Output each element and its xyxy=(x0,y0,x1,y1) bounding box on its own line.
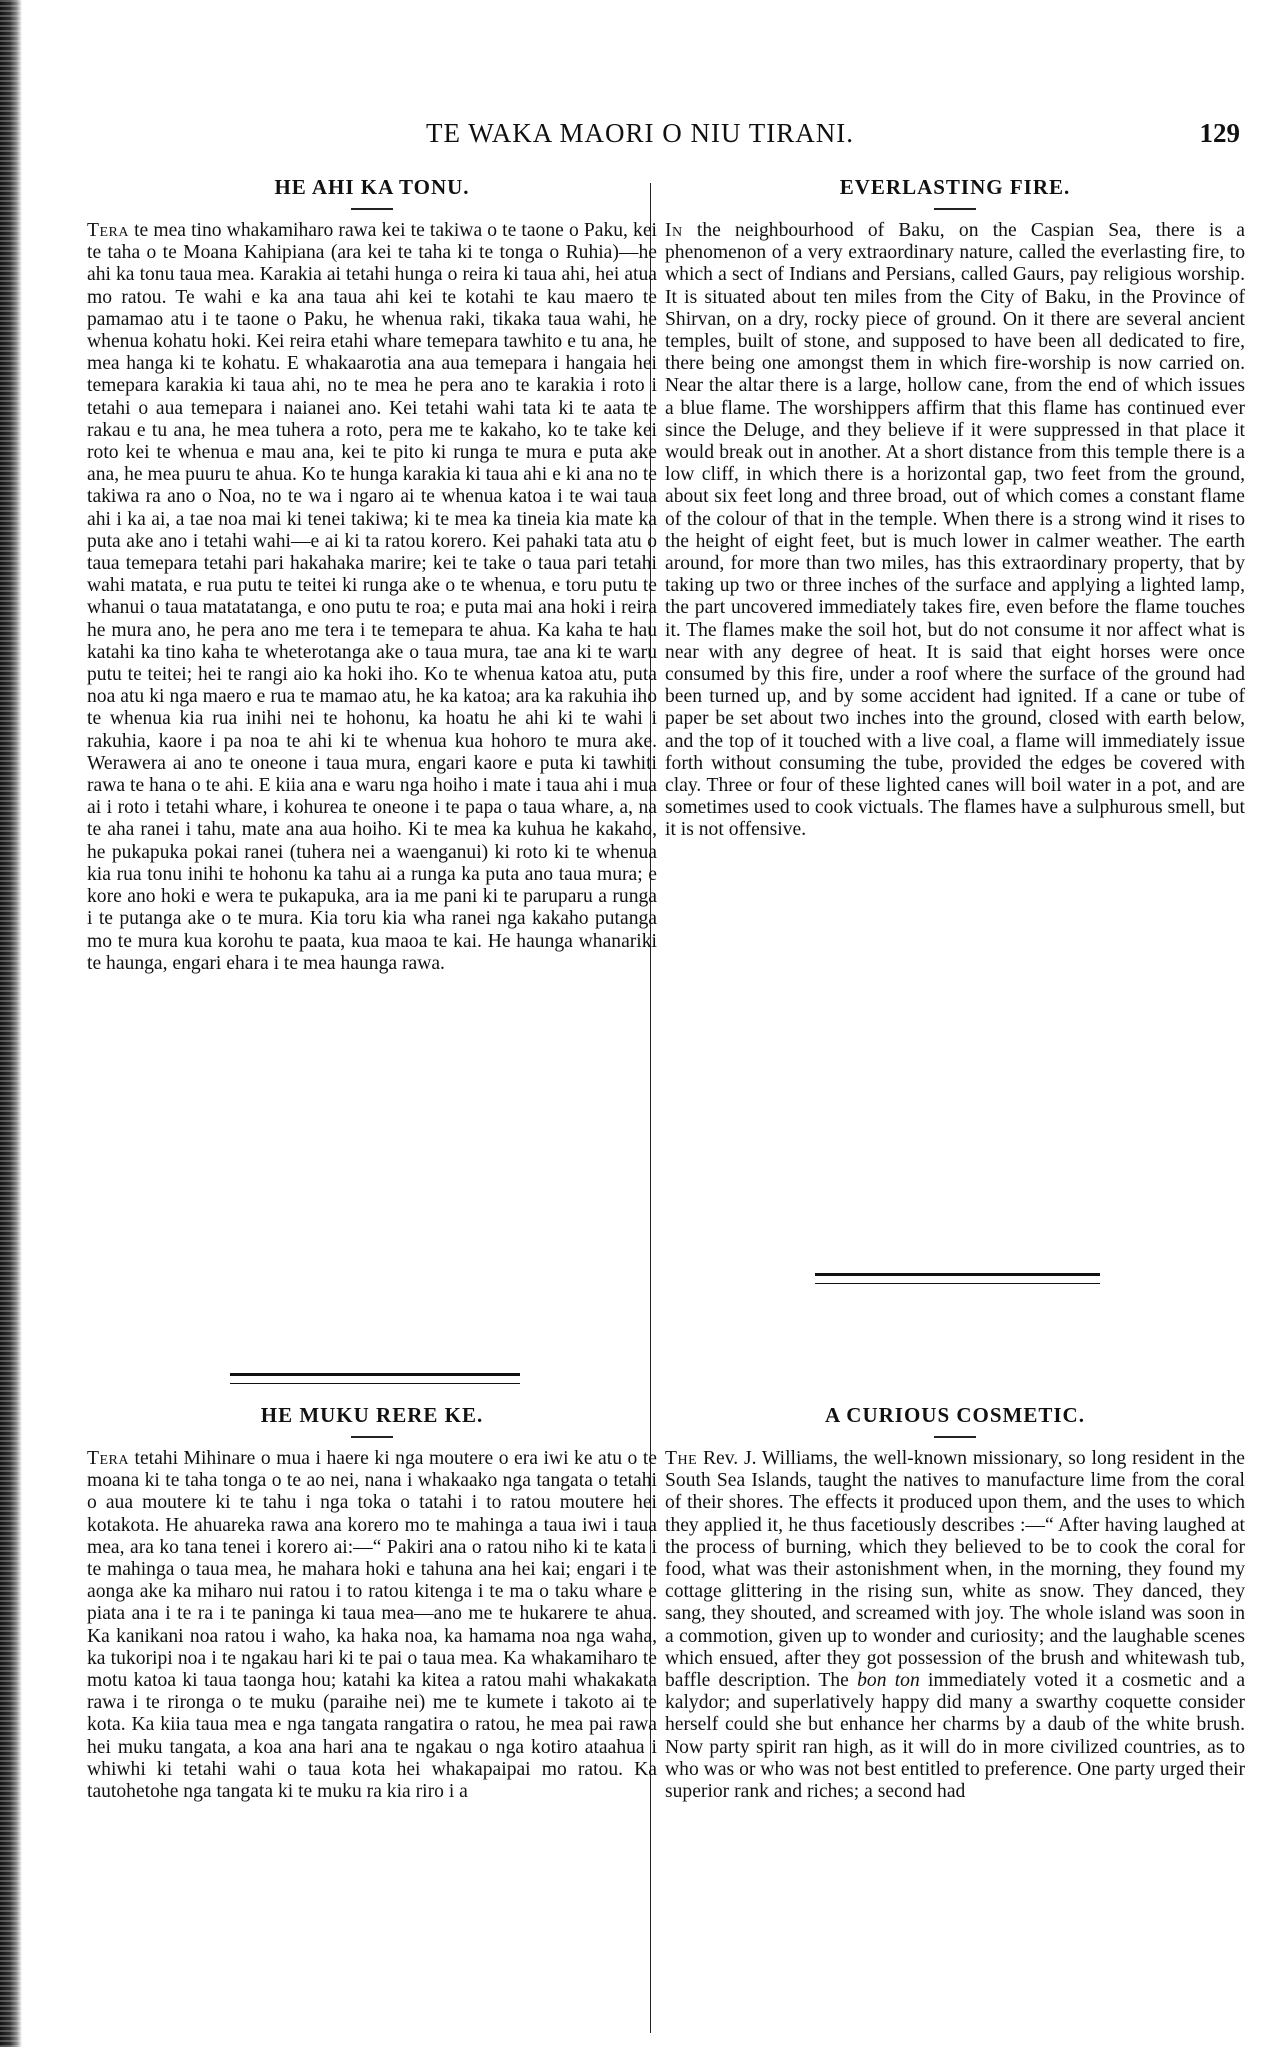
title-rule xyxy=(934,208,976,210)
title-rule xyxy=(934,1436,976,1438)
article-he-ahi-ka-tonu: HE AHI KA TONU. Tera te mea tino whakami… xyxy=(87,172,657,975)
body-text: te mea tino whakamiharo rawa kei te taki… xyxy=(87,220,657,974)
article-body: Tera tetahi Mihinare o mua i haere ki ng… xyxy=(87,1448,657,1803)
article-a-curious-cosmetic: A CURIOUS COSMETIC. The Rev. J. Williams… xyxy=(665,1400,1245,1803)
scanned-page-edge xyxy=(0,0,22,2047)
lead-word: The xyxy=(665,1448,697,1469)
article-body: In the neighbourhood of Baku, on the Cas… xyxy=(665,220,1245,842)
lead-word: Tera xyxy=(87,1448,129,1469)
article-title: HE AHI KA TONU. xyxy=(87,172,657,202)
title-rule xyxy=(351,1436,393,1438)
body-text-part-1: Rev. J. Williams, the well-known mission… xyxy=(665,1448,1245,1691)
lead-word: In xyxy=(665,220,683,241)
section-separator-right xyxy=(815,1273,1100,1284)
page-number: 129 xyxy=(1200,118,1241,149)
italic-phrase: bon ton xyxy=(857,1670,920,1691)
article-title: HE MUKU RERE KE. xyxy=(87,1400,657,1430)
article-body: The Rev. J. Williams, the well-known mis… xyxy=(665,1448,1245,1803)
section-separator-left xyxy=(230,1373,520,1384)
article-everlasting-fire: EVERLASTING FIRE. In the neighbourhood o… xyxy=(665,172,1245,842)
body-text: tetahi Mihinare o mua i haere ki nga mou… xyxy=(87,1448,657,1802)
article-title: EVERLASTING FIRE. xyxy=(665,172,1245,202)
title-rule xyxy=(351,208,393,210)
running-title: TE WAKA MAORI O NIU TIRANI. xyxy=(0,118,1280,149)
lead-word: Tera xyxy=(87,220,129,241)
body-text: the neighbourhood of Baku, on the Caspia… xyxy=(665,220,1245,840)
article-body: Tera te mea tino whakamiharo rawa kei te… xyxy=(87,220,657,975)
article-he-muku-rere-ke: HE MUKU RERE KE. Tera tetahi Mihinare o … xyxy=(87,1400,657,1803)
article-title: A CURIOUS COSMETIC. xyxy=(665,1400,1245,1430)
